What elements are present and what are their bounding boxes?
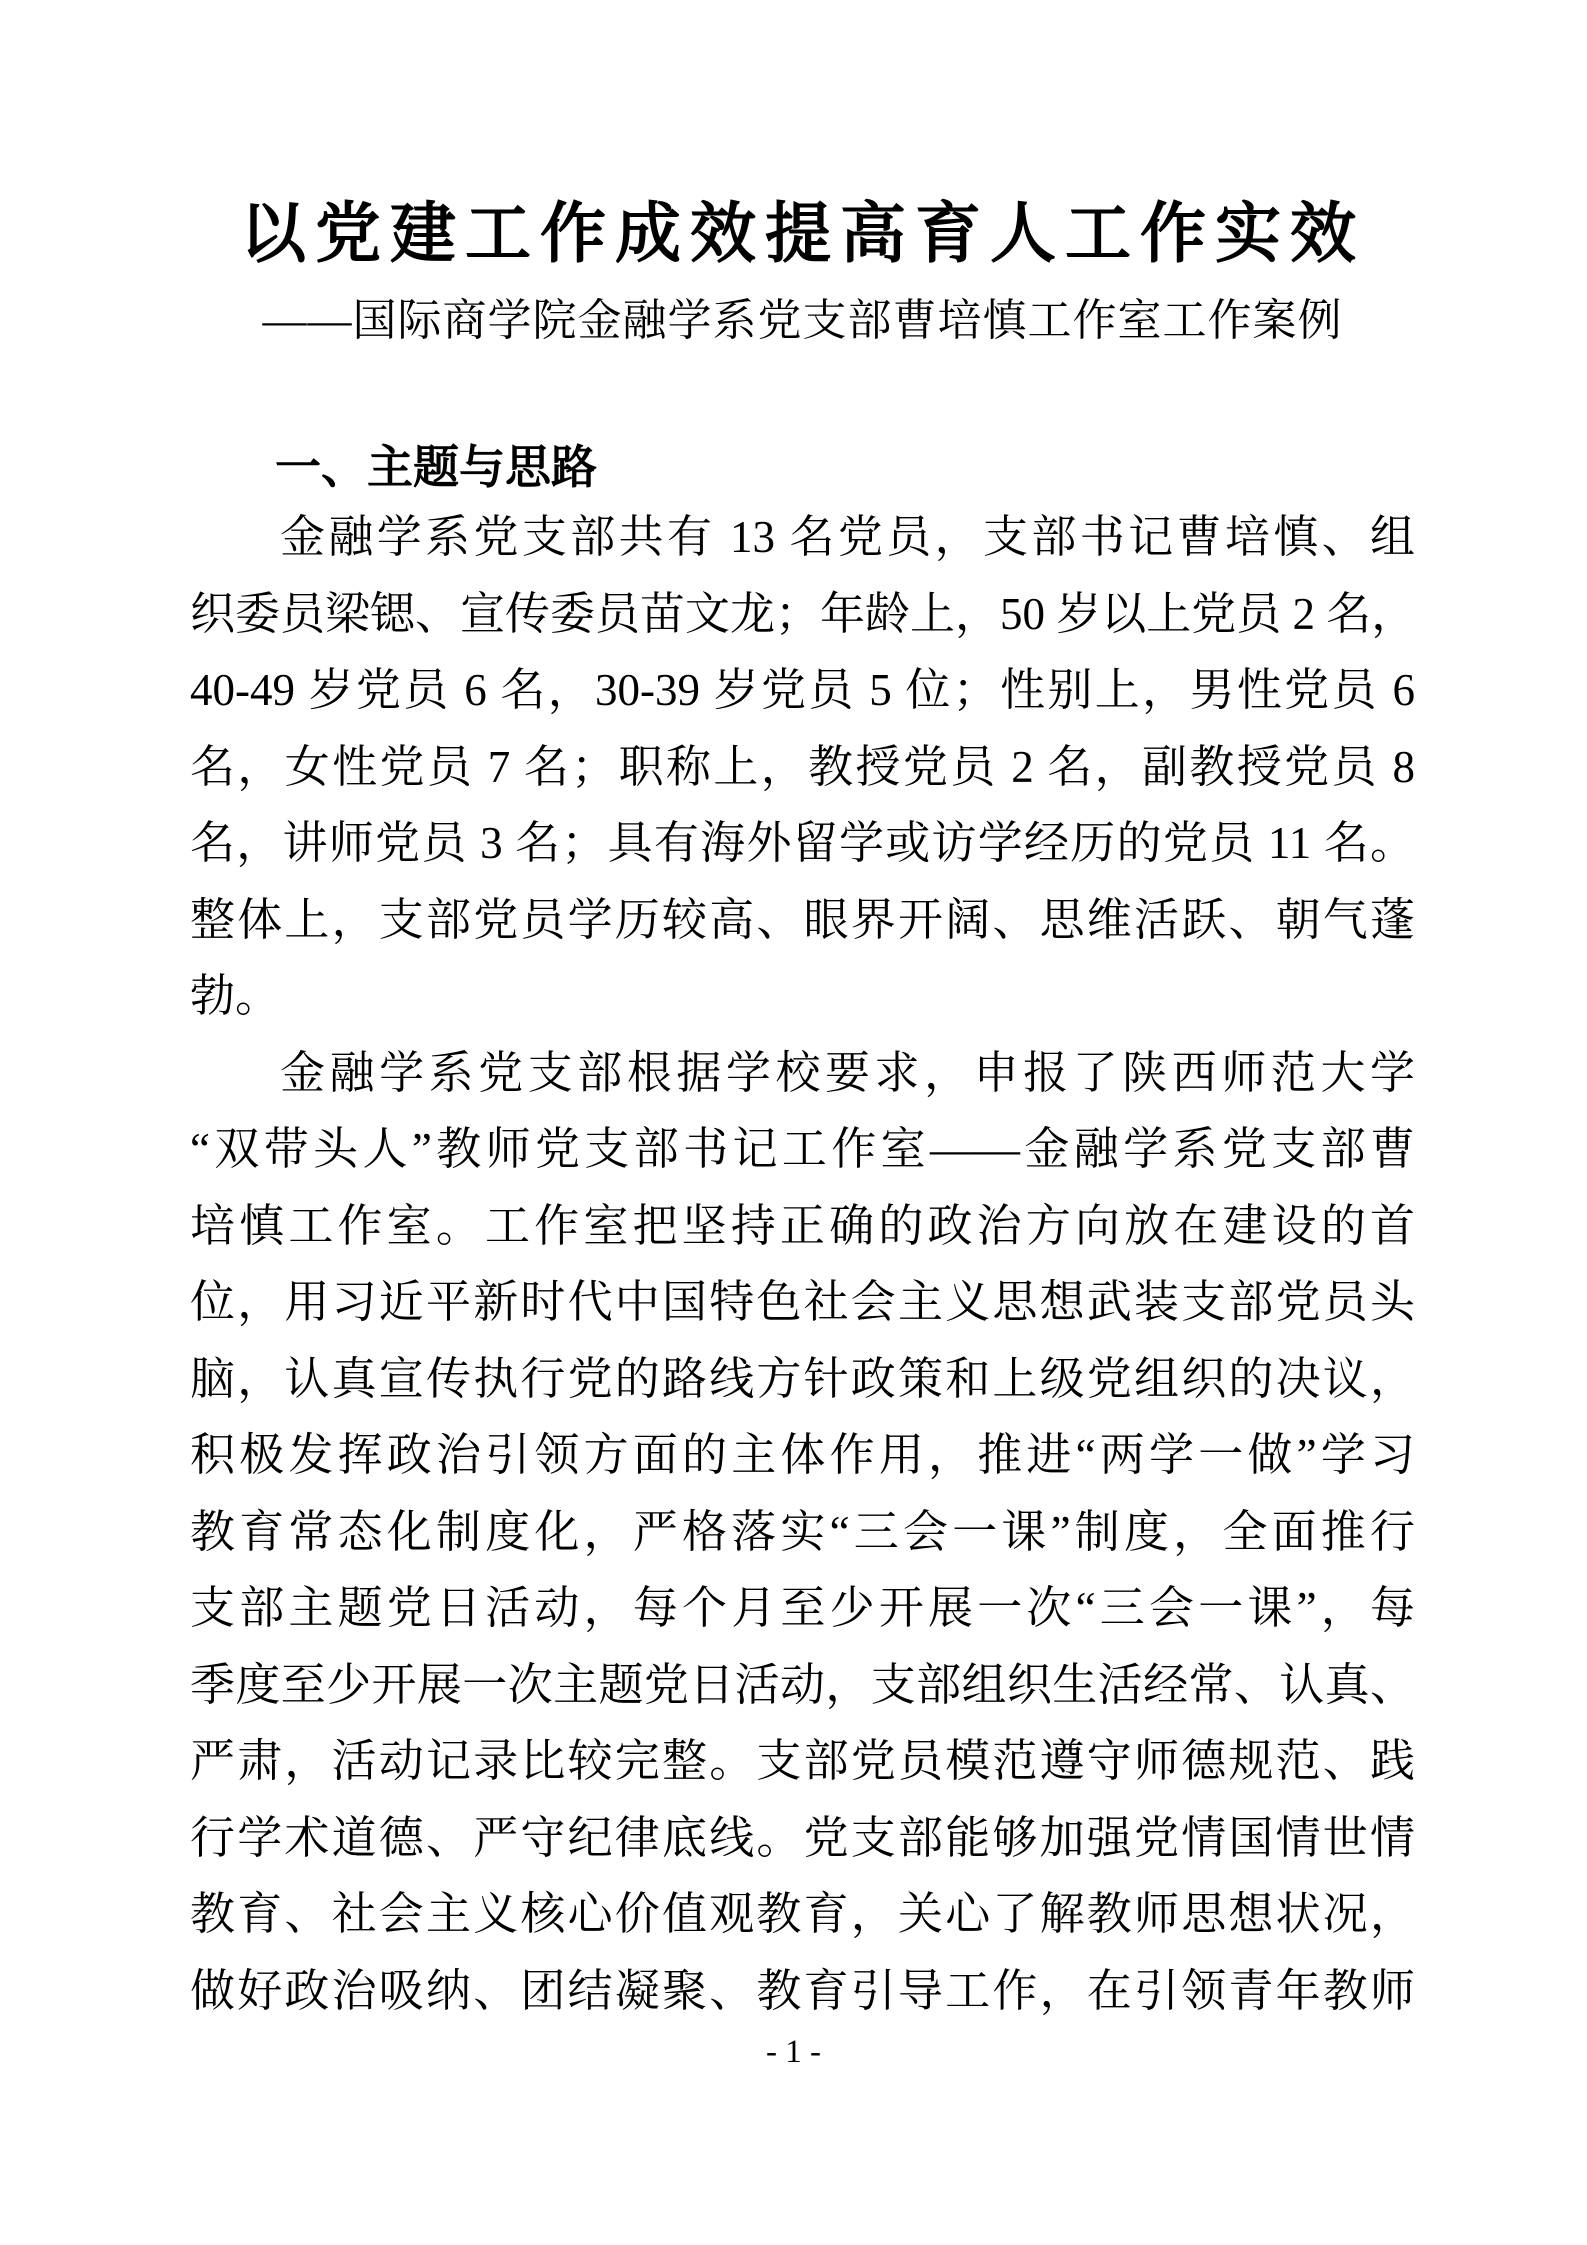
paragraph-line: 脑，认真宣传执行党的路线方针政策和上级党组织的决议，: [190, 1341, 1415, 1418]
paragraph-line: 教育常态化制度化，严格落实“三会一课”制度，全面推行: [190, 1494, 1415, 1571]
document-page: 以党建工作成效提高育人工作实效 ——国际商学院金融学系党支部曹培慎工作室工作案例…: [0, 0, 1587, 2245]
paragraph-line: 严肃，活动记录比较完整。支部党员模范遵守师德规范、践: [190, 1723, 1415, 1800]
paragraph-line: 教育、社会主义核心价值观教育，关心了解教师思想状况，: [190, 1876, 1415, 1953]
paragraph-line: 40-49 岁党员 6 名，30-39 岁党员 5 位；性别上，男性党员 6: [190, 652, 1415, 729]
paragraph-line: 做好政治吸纳、团结凝聚、教育引导工作，在引领青年教师: [190, 1953, 1415, 2030]
document-title: 以党建工作成效提高育人工作实效: [190, 0, 1415, 269]
section-heading: 一、主题与思路: [190, 439, 1415, 495]
page-number: - 1 -: [0, 2032, 1587, 2072]
paragraph-line: 位，用习近平新时代中国特色社会主义思想武装支部党员头: [190, 1264, 1415, 1341]
paragraph-line: 行学术道德、严守纪律底线。党支部能够加强党情国情世情: [190, 1800, 1415, 1877]
paragraph: 金融学系党支部共有 13 名党员，支部书记曹培慎、组织委员梁锶、宣传委员苗文龙；…: [190, 499, 1415, 1035]
body-paragraphs: 金融学系党支部共有 13 名党员，支部书记曹培慎、组织委员梁锶、宣传委员苗文龙；…: [190, 499, 1415, 2029]
paragraph-line: 织委员梁锶、宣传委员苗文龙；年龄上，50 岁以上党员 2 名，: [190, 576, 1415, 653]
paragraph-line: 季度至少开展一次主题党日活动，支部组织生活经常、认真、: [190, 1647, 1415, 1724]
paragraph-line: 培慎工作室。工作室把坚持正确的政治方向放在建设的首: [190, 1188, 1415, 1265]
paragraph-line: 名，女性党员 7 名；职称上，教授党员 2 名，副教授党员 8: [190, 729, 1415, 806]
paragraph-line: “双带头人”教师党支部书记工作室——金融学系党支部曹: [190, 1111, 1415, 1188]
paragraph-line: 金融学系党支部根据学校要求，申报了陕西师范大学: [190, 1035, 1415, 1112]
paragraph-line: 名，讲师党员 3 名；具有海外留学或访学经历的党员 11 名。: [190, 805, 1415, 882]
paragraph-line: 支部主题党日活动，每个月至少开展一次“三会一课”，每: [190, 1570, 1415, 1647]
paragraph-line: 勃。: [190, 958, 1415, 1035]
document-subtitle: ——国际商学院金融学系党支部曹培慎工作室工作案例: [190, 295, 1415, 347]
paragraph: 金融学系党支部根据学校要求，申报了陕西师范大学“双带头人”教师党支部书记工作室—…: [190, 1035, 1415, 2030]
paragraph-line: 金融学系党支部共有 13 名党员，支部书记曹培慎、组: [190, 499, 1415, 576]
paragraph-line: 整体上，支部党员学历较高、眼界开阔、思维活跃、朝气蓬: [190, 882, 1415, 959]
paragraph-line: 积极发挥政治引领方面的主体作用，推进“两学一做”学习: [190, 1417, 1415, 1494]
page-content: 以党建工作成效提高育人工作实效 ——国际商学院金融学系党支部曹培慎工作室工作案例…: [190, 0, 1415, 2029]
